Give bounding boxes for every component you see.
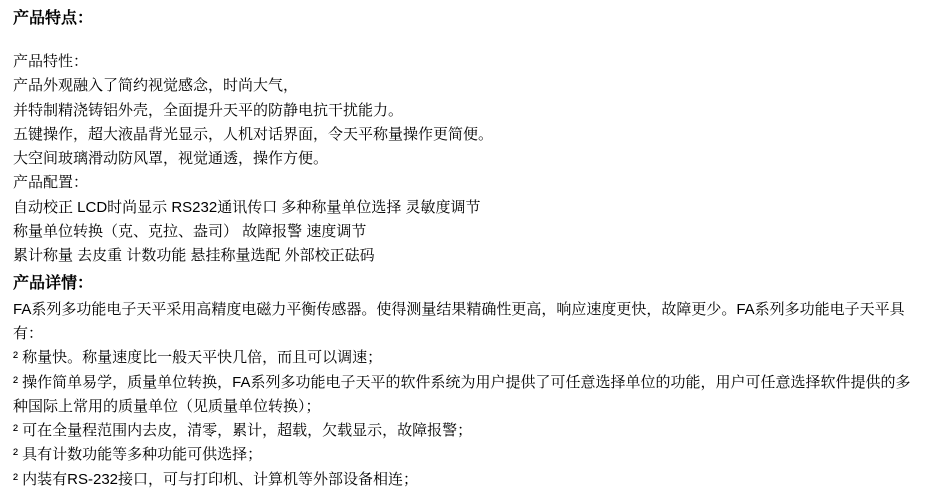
details-block: FA系列多功能电子天平采用高精度电磁力平衡传感器。使得测量结果精确性更高，响应速… xyxy=(13,298,946,491)
details-bullet-line: ² 具有计数功能等多种功能可供选择； xyxy=(13,443,946,467)
details-bullet-line: ² 操作简单易学，质量单位转换，FA系列多功能电子天平的软件系统为用户提供了可任… xyxy=(13,371,946,395)
feature-line: 并特制精浇铸铝外壳，全面提升天平的防静电抗干扰能力。 xyxy=(13,99,946,123)
feature-line: 产品外观融入了简约视觉感念，时尚大气， xyxy=(13,74,946,98)
details-bullet-line: ² 内装有RS-232接口，可与打印机、计算机等外部设备相连； xyxy=(13,468,946,491)
configuration-line: 称量单位转换（克、克拉、盎司） 故障报警 速度调节 xyxy=(13,220,946,244)
features-heading: 产品特点： xyxy=(13,7,946,31)
features-subheading: 产品特性： xyxy=(13,50,946,74)
configuration-line: 自动校正 LCD时尚显示 RS232通讯传口 多种称量单位选择 灵敏度调节 xyxy=(13,196,946,220)
features-block: 产品特性： 产品外观融入了简约视觉感念，时尚大气， 并特制精浇铸铝外壳，全面提升… xyxy=(13,50,946,269)
details-intro-line: 有： xyxy=(13,322,946,346)
product-description-document: 产品特点： 产品特性： 产品外观融入了简约视觉感念，时尚大气， 并特制精浇铸铝外… xyxy=(0,0,946,491)
details-intro-line: FA系列多功能电子天平采用高精度电磁力平衡传感器。使得测量结果精确性更高，响应速… xyxy=(13,298,946,322)
configuration-line: 累计称量 去皮重 计数功能 悬挂称量选配 外部校正砝码 xyxy=(13,244,946,268)
details-bullet-line: ² 可在全量程范围内去皮，清零，累计，超载，欠载显示，故障报警； xyxy=(13,419,946,443)
details-bullet-continuation-line: 种国际上常用的质量单位（见质量单位转换）； xyxy=(13,395,946,419)
configuration-subheading: 产品配置： xyxy=(13,171,946,195)
feature-line: 大空间玻璃滑动防风罩，视觉通透，操作方便。 xyxy=(13,147,946,171)
feature-line: 五键操作，超大液晶背光显示，人机对话界面，令天平称量操作更简便。 xyxy=(13,123,946,147)
details-heading: 产品详情： xyxy=(13,272,946,296)
details-bullet-line: ² 称量快。称量速度比一般天平快几倍，而且可以调速； xyxy=(13,346,946,370)
